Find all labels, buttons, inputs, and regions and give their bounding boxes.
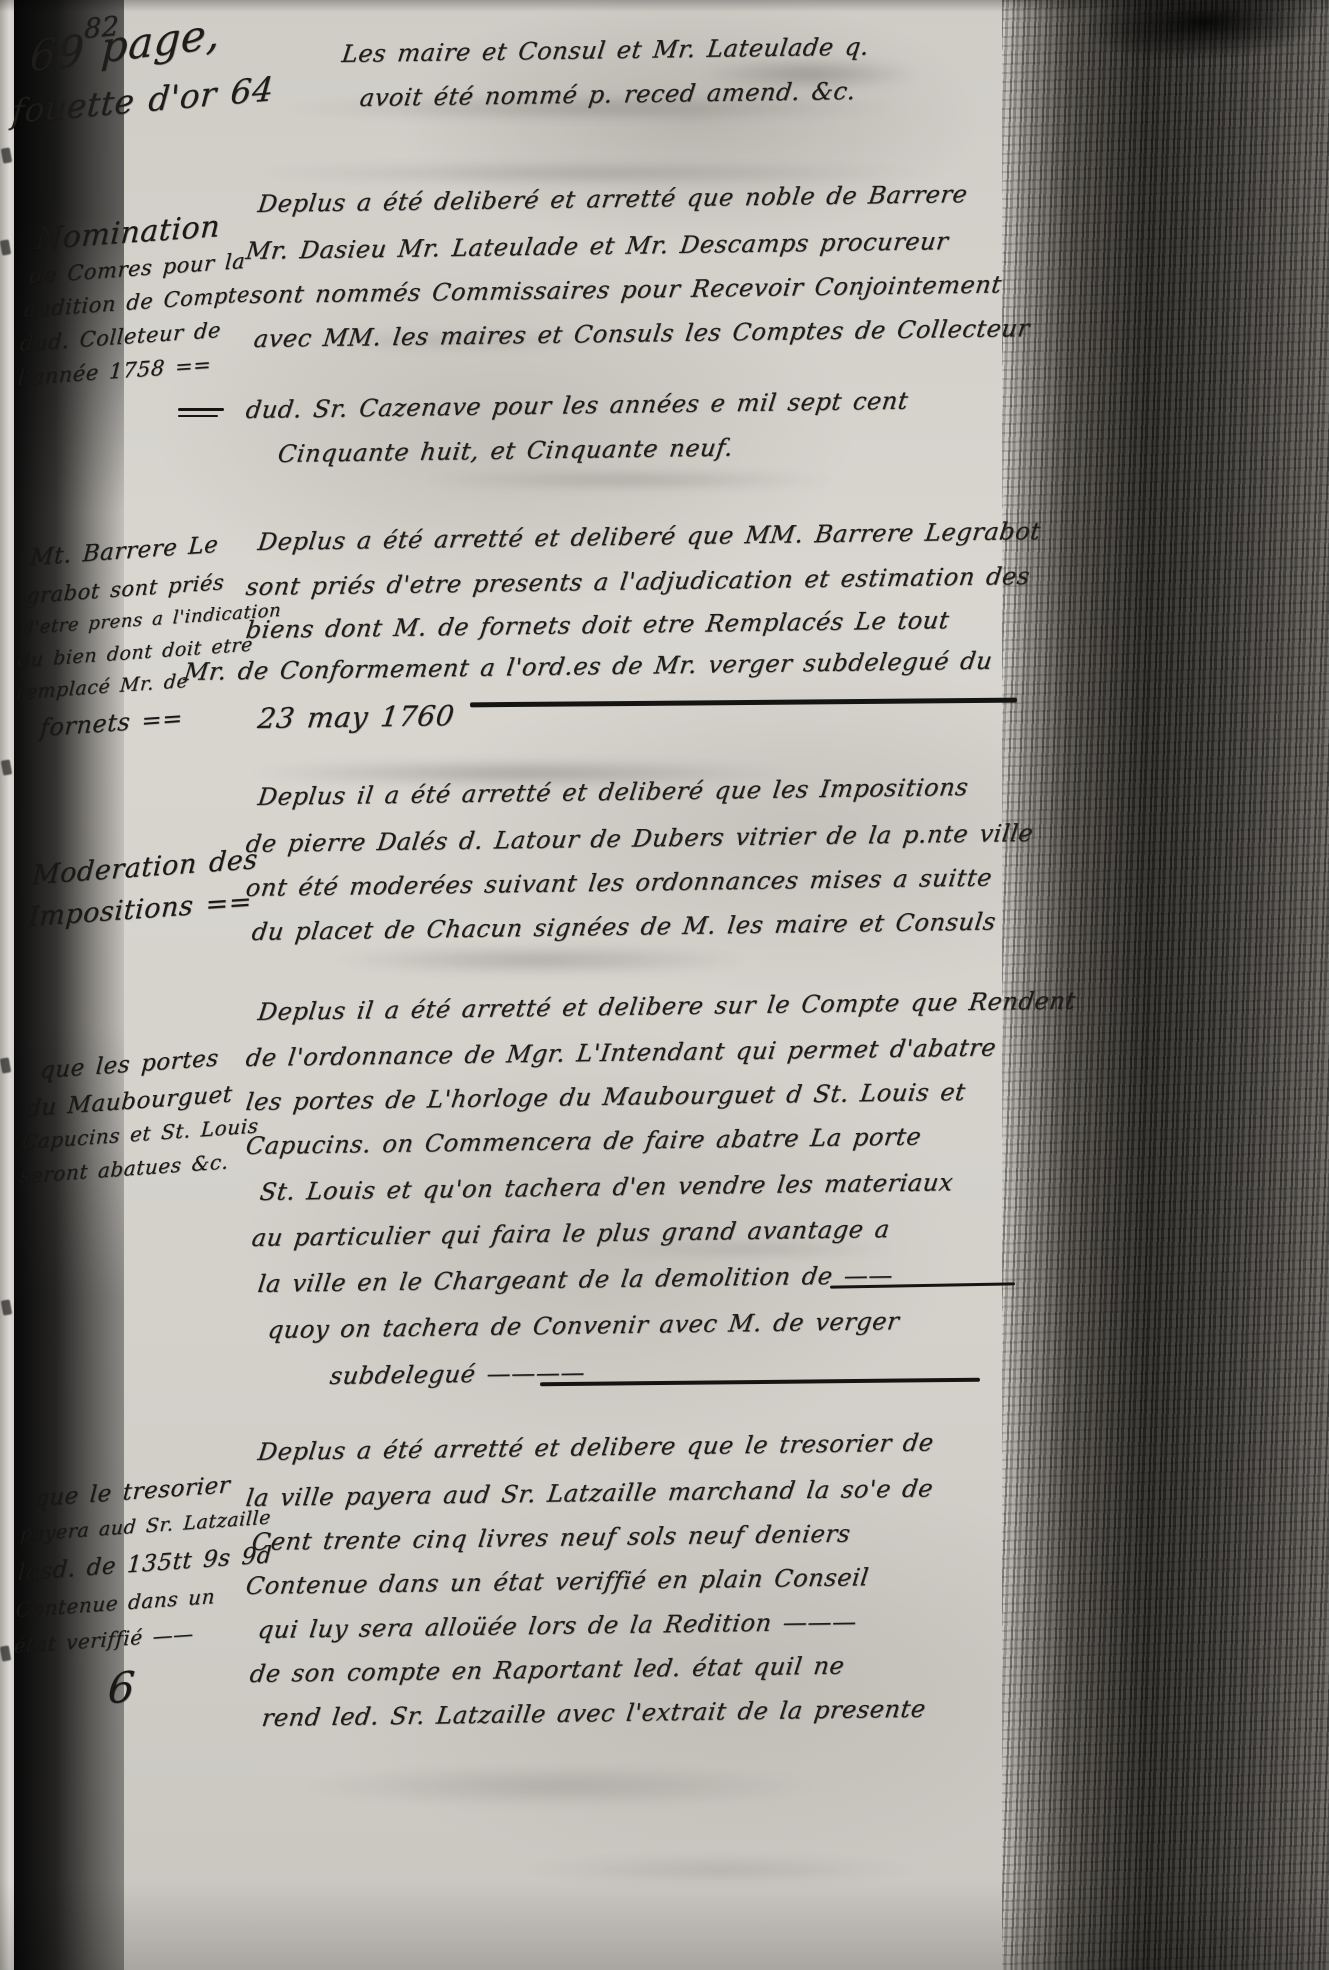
ink-rule — [178, 415, 218, 417]
bleedthrough-smudge — [300, 1765, 820, 1807]
ink-rule — [540, 1378, 980, 1387]
page-edges-texture — [1002, 0, 1329, 1970]
entry-body-line: Deplus a été arretté et delibere que le … — [256, 1429, 935, 1466]
entry-body-line: du placet de Chacun signées de M. les ma… — [250, 908, 997, 946]
entry-body-line: quoy on tachera de Convenir avec M. de v… — [266, 1307, 901, 1344]
entry-body-line: Cent trente cinq livres neuf sols neuf d… — [250, 1520, 852, 1556]
entry-body-line: qui luy sera alloüée lors de la Redition… — [256, 1608, 858, 1644]
entry-body-line: Deplus a été arretté et deliberé que MM.… — [256, 517, 1042, 556]
entry-body-line: Mr. Dasieu Mr. Lateulade et Mr. Descamps… — [244, 227, 950, 265]
entry-body-line: Capucins. on Commencera de faire abatre … — [244, 1123, 923, 1160]
ink-rule — [470, 698, 1017, 708]
entry-body-line: Deplus a été deliberé et arretté que nob… — [256, 180, 969, 218]
bleedthrough-smudge — [420, 470, 840, 490]
entry-body-line: biens dont M. de fornets doit etre Rempl… — [244, 606, 951, 644]
entry-body-line: ont été moderées suivant les ordonnances… — [244, 864, 994, 902]
entry-body-line: la ville payera aud Sr. Latzaille marcha… — [244, 1474, 935, 1512]
entry-body-line: les portes de L'horloge du Maubourguet d… — [244, 1078, 967, 1116]
manuscript-page: 82 69 page, fouette d'or 64 Les maire et… — [0, 0, 1329, 1970]
bottom-shadow — [0, 1880, 1329, 1970]
entry-body-line: de son compte en Raportant led. état qui… — [248, 1652, 846, 1688]
book-fore-edge — [1002, 0, 1329, 1970]
entry-body-line: Deplus il a été arretté et delibere sur … — [256, 987, 1077, 1026]
entry-body-line: de pierre Dalés d. Latour de Dubers vitr… — [244, 819, 1035, 858]
entry-date-line: 23 may 1760 — [256, 699, 457, 735]
entry-body-line: sont nommés Commissaires pour Recevoir C… — [248, 270, 1003, 309]
entry-body-line: Contenue dans un état veriffié en plain … — [244, 1563, 870, 1600]
entry-body-line: St. Louis et qu'on tachera d'en vendre l… — [258, 1168, 955, 1206]
entry-body-line: Mr. de Conformement a l'ord.es de Mr. ve… — [182, 647, 994, 686]
bleedthrough-smudge — [330, 945, 750, 975]
entry-body-line: la ville en le Chargeant de la demolitio… — [256, 1261, 895, 1298]
entry-body-line: Cinquante huit, et Cinquante neuf. — [276, 434, 735, 468]
entry-body-line: rend led. Sr. Latzaille avec l'extrait d… — [260, 1695, 927, 1732]
ink-rule — [178, 408, 224, 411]
entry-body-line: de l'ordonnance de Mgr. L'Intendant qui … — [244, 1033, 998, 1072]
entry-body-line: avec MM. les maires et Consuls les Compt… — [252, 314, 1031, 353]
margin-flourish: 6 — [106, 1662, 137, 1713]
entry-body-line: dud. Sr. Cazenave pour les années e mil … — [244, 387, 910, 424]
entry-body-line: sont priés d'etre presents a l'adjudicat… — [244, 562, 1031, 601]
bleedthrough-smudge — [250, 162, 930, 184]
bleedthrough-smudge — [520, 1855, 920, 1885]
